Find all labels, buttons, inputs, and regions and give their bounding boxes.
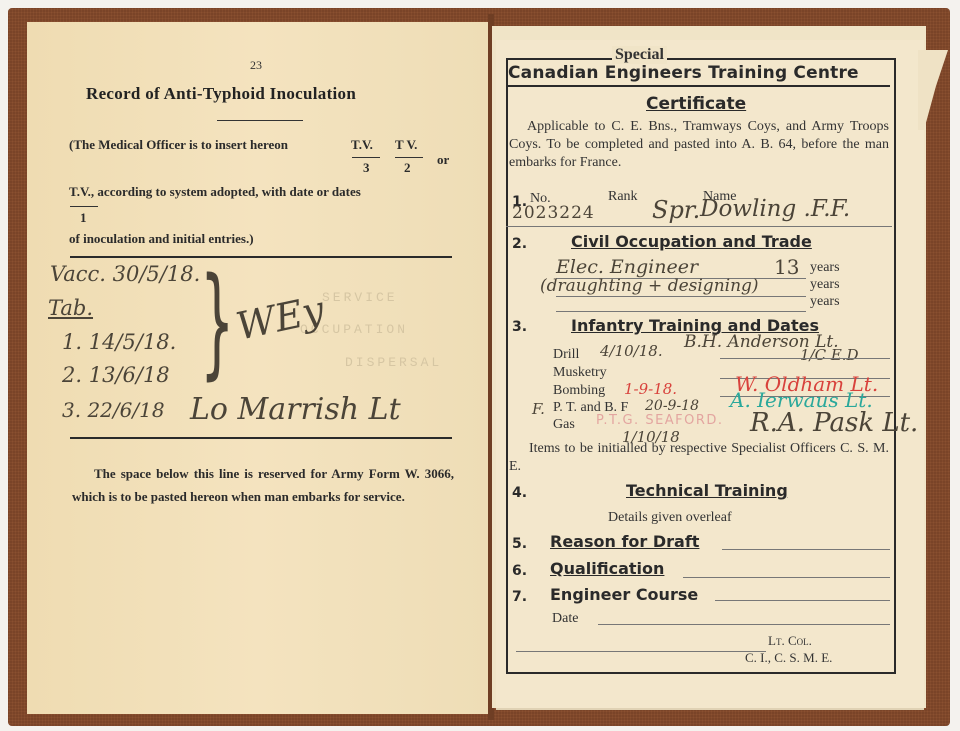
years-label: years [810, 277, 840, 293]
qualification-fill-line[interactable] [683, 577, 890, 578]
pt-date: 20-9-18 [645, 398, 699, 414]
technical-note: Details given overleaf [608, 510, 732, 526]
handwritten-tab: Tab. [48, 296, 93, 320]
section-2-number: 2. [512, 236, 527, 252]
occupation-value: Elec. Engineer [556, 256, 698, 278]
fill-line [556, 296, 806, 297]
fill-line [720, 358, 890, 359]
service-number: 2023224 [512, 203, 595, 223]
course-fill-line[interactable] [715, 600, 890, 601]
gas-label: Gas [553, 417, 575, 433]
handwritten-entry-3: 3. 22/6/18 [62, 398, 165, 422]
bleed-text: SERVICE [322, 290, 398, 305]
date-fill-line[interactable] [598, 624, 890, 625]
fraction-bar [352, 157, 380, 158]
entry-top-rule [70, 256, 452, 258]
instruction-line-2: T.V., according to system adopted, with … [69, 184, 361, 200]
initial-note: Items to be initialled by respective Spe… [509, 440, 889, 476]
page-number: 23 [250, 58, 262, 73]
handwritten-entry-1: 1. 14/5/18. [62, 330, 176, 354]
years-label: years [810, 294, 840, 310]
signature-rank: Lt. Col. [768, 633, 812, 649]
special-label: Special [612, 46, 667, 64]
fraction-denominator: 3 [363, 160, 370, 176]
section-2-title: Civil Occupation and Trade [571, 232, 812, 251]
certificate-title: Certificate [646, 94, 746, 114]
title-rule [217, 120, 303, 121]
page-title: Record of Anti-Typhoid Inoculation [86, 84, 356, 104]
fill-line [556, 311, 806, 312]
drill-label: Drill [553, 347, 579, 363]
section-4-number: 4. [512, 485, 527, 501]
name-value: Dowling .F.F. [700, 196, 850, 222]
entry-bottom-rule [70, 437, 452, 439]
fraction-numerator: T V. [395, 137, 417, 153]
fraction-numerator: T.V. [351, 137, 373, 153]
section-5-number: 5. [512, 536, 527, 552]
reason-fill-line[interactable] [722, 549, 890, 550]
fraction-denominator: 1 [80, 210, 87, 226]
bombing-date: 1-9-18. [624, 380, 677, 398]
section-3-number: 3. [512, 319, 527, 335]
fraction-denominator: 2 [404, 160, 411, 176]
bombing-label: Bombing [553, 383, 605, 399]
years-label: years [810, 260, 840, 276]
section-5-title: Reason for Draft [550, 532, 699, 551]
reserved-note: The space below this line is reserved fo… [72, 462, 454, 508]
occupation-detail: (draughting + designing) [540, 276, 759, 296]
applicability-text: Applicable to C. E. Bns., Tramways Coys,… [509, 118, 889, 172]
section-6-number: 6. [512, 563, 527, 579]
instruction-line-3: of inoculation and initial entries.) [69, 231, 254, 247]
section-7-title: Engineer Course [550, 585, 698, 604]
section-6-title: Qualification [550, 559, 664, 578]
handwritten-vacc: Vacc. 30/5/18. [50, 262, 200, 286]
section-7-number: 7. [512, 589, 527, 605]
fraction-bar [70, 206, 98, 207]
occupation-years: 13 [774, 255, 799, 279]
rank-value: Spr. [652, 196, 700, 224]
fill-line [506, 226, 892, 227]
gas-stamp: P.T.G. SEAFORD. [596, 413, 724, 428]
bleed-text: DISPERSAL [345, 355, 442, 370]
drill-signer-unit: 1/C E.D [800, 346, 859, 364]
section-4-title: Technical Training [626, 481, 788, 500]
signature-fill-line[interactable] [516, 651, 766, 652]
fraction-bar [395, 157, 423, 158]
pt-mark: F. [532, 400, 545, 418]
signature-office: C. I., C. S. M. E. [745, 650, 832, 666]
date-label: Date [552, 611, 578, 627]
rank-label: Rank [608, 189, 638, 205]
handwritten-signature: Lo Marrish Lt [190, 392, 401, 427]
gas-signer: R.A. Pask Lt. [750, 408, 918, 438]
certificate-header: Canadian Engineers Training Centre [508, 63, 890, 87]
instruction-line-1: (The Medical Officer is to insert hereon [69, 137, 288, 153]
curly-brace: } [200, 263, 234, 383]
drill-date: 4/10/18. [600, 342, 663, 360]
musketry-label: Musketry [553, 365, 607, 381]
handwritten-entry-2: 2. 13/6/18 [62, 363, 170, 387]
or-text: or [437, 152, 449, 168]
